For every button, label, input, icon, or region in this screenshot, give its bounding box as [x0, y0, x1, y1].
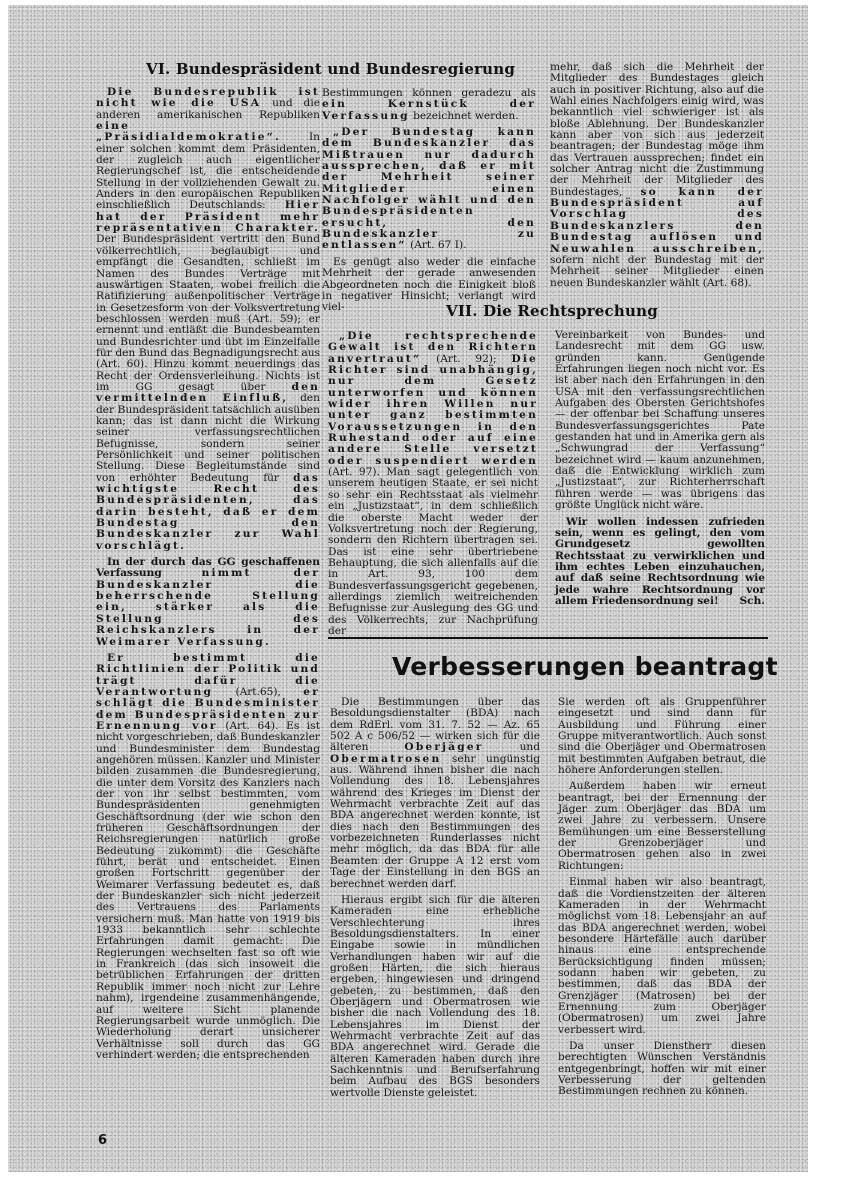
column-1: Die Bundesrepublik ist nicht wie die USA… — [96, 87, 320, 1066]
paragraph: Die Bestimmungen über das Besoldungsdien… — [330, 697, 540, 890]
column-2-top: Bestimmungen können geradezu als ein Ker… — [322, 88, 536, 319]
section-heading-rechtsprechung: VII. Die Rechtsprechung — [446, 302, 658, 320]
article-column-left: Die Bestimmungen über das Besoldungsdien… — [330, 697, 540, 1104]
paragraph: Bestimmungen können geradezu als ein Ker… — [322, 88, 536, 122]
paragraph: mehr, daß sich die Mehrheit der Mitglied… — [550, 62, 764, 289]
paragraph: Da unser Dienstherr diesen berechtigten … — [558, 1041, 766, 1098]
column-2-middle: „Die rechtsprechende Gewalt ist den Rich… — [328, 331, 538, 642]
paragraph: Hieraus ergibt sich für die älteren Kame… — [330, 895, 540, 1099]
column-3-top: mehr, daß sich die Mehrheit der Mitglied… — [550, 62, 764, 294]
paragraph: Außerdem haben wir erneut beantragt, bei… — [558, 781, 766, 872]
paragraph: Wir wollen indessen zufrieden sein, wenn… — [555, 517, 765, 608]
article-column-right: Sie werden oft als Gruppenführer eingese… — [558, 697, 766, 1103]
paragraph: Er bestimmt die Richtlinien der Politik … — [96, 653, 320, 1061]
article-headline: Verbesserungen beantragt — [392, 652, 778, 681]
paragraph: „Die rechtsprechende Gewalt ist den Rich… — [328, 331, 538, 637]
paragraph: Einmal haben wir also beantragt, daß die… — [558, 877, 766, 1036]
paragraph: Vereinbarkeit von Bundes- und Landesrech… — [555, 330, 765, 512]
section-divider — [328, 637, 768, 639]
paragraph: In der durch das GG geschaffenen Verfass… — [96, 557, 320, 648]
paragraph: „Der Bundestag kann dem Bundeskanzler da… — [322, 127, 536, 252]
column-3-middle: Vereinbarkeit von Bundes- und Landesrech… — [555, 330, 765, 612]
page-number: 6 — [98, 1133, 107, 1148]
paragraph: Die Bundesrepublik ist nicht wie die USA… — [96, 87, 320, 552]
section-heading-bundespraesident: VI. Bundespräsident und Bundesregierung — [146, 60, 515, 78]
paragraph: Sie werden oft als Gruppenführer eingese… — [558, 697, 766, 776]
author-signature: Sch. — [729, 596, 766, 607]
